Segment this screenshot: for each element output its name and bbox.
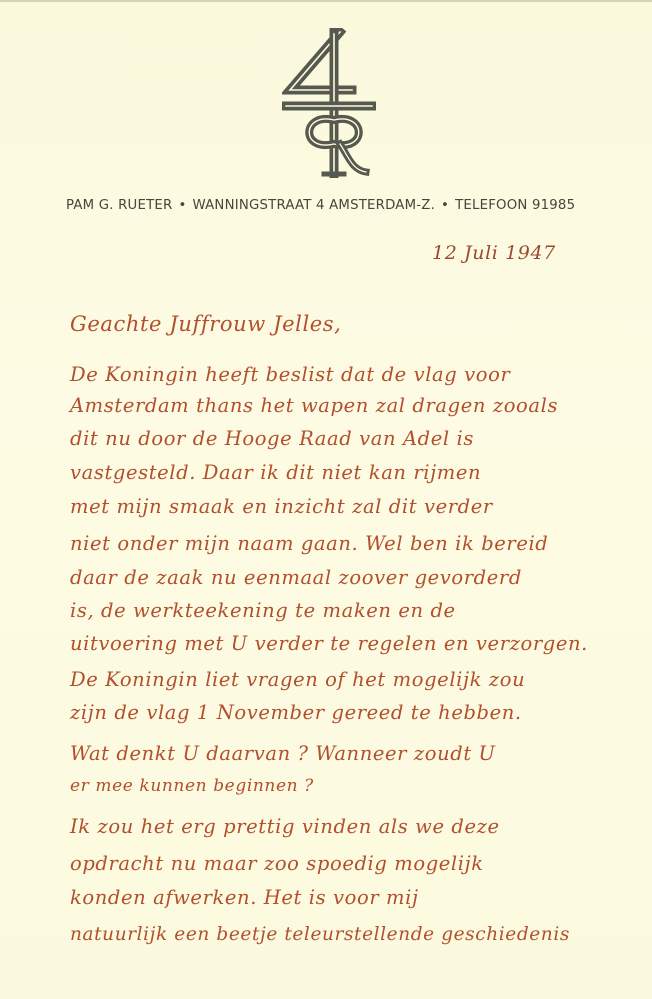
paper-edge bbox=[0, 0, 652, 2]
letter-line: De Koningin liet vragen of het mogelijk … bbox=[70, 668, 525, 691]
letterhead-phone: TELEFOON 91985 bbox=[455, 198, 575, 213]
letter-line: konden afwerken. Het is voor mij bbox=[70, 886, 419, 909]
letter-date: 12 Juli 1947 bbox=[432, 242, 556, 264]
letter-line: uitvoering met U verder te regelen en ve… bbox=[70, 632, 588, 655]
letter-line: Amsterdam thans het wapen zal dragen zoo… bbox=[70, 394, 558, 417]
letter-paper: PAM G. RUETER•WANNINGSTRAAT 4 AMSTERDAM-… bbox=[0, 0, 652, 999]
letter-line: Wat denkt U daarvan ? Wanneer zoudt U bbox=[70, 742, 496, 765]
letter-line: De Koningin heeft beslist dat de vlag vo… bbox=[70, 363, 510, 386]
letter-line: zijn de vlag 1 November gereed te hebben… bbox=[70, 701, 522, 724]
separator-dot: • bbox=[441, 198, 449, 213]
letter-line: daar de zaak nu eenmaal zoover gevorderd bbox=[70, 566, 522, 589]
letterhead-street: WANNINGSTRAAT 4 AMSTERDAM-Z. bbox=[193, 198, 436, 213]
letter-line: is, de werkteekening te maken en de bbox=[70, 599, 456, 622]
letter-line: vastgesteld. Daar ik dit niet kan rijmen bbox=[70, 461, 481, 484]
letter-line: dit nu door de Hooge Raad van Adel is bbox=[70, 427, 474, 450]
separator-dot: • bbox=[178, 198, 186, 213]
letter-line: Ik zou het erg prettig vinden als we dez… bbox=[70, 815, 500, 838]
letter-line: er mee kunnen beginnen ? bbox=[70, 776, 314, 796]
letter-line: niet onder mijn naam gaan. Wel ben ik be… bbox=[70, 532, 548, 555]
letterhead-name: PAM G. RUETER bbox=[66, 198, 172, 213]
letter-line: met mijn smaak en inzicht zal dit verder bbox=[70, 495, 493, 518]
letterhead-address: PAM G. RUETER•WANNINGSTRAAT 4 AMSTERDAM-… bbox=[66, 198, 596, 213]
monogram-logo-icon bbox=[282, 28, 376, 178]
letter-salutation: Geachte Juffrouw Jelles, bbox=[70, 312, 341, 336]
letter-line: natuurlijk een beetje teleurstellende ge… bbox=[70, 924, 570, 945]
letter-line: opdracht nu maar zoo spoedig mogelijk bbox=[70, 852, 484, 875]
